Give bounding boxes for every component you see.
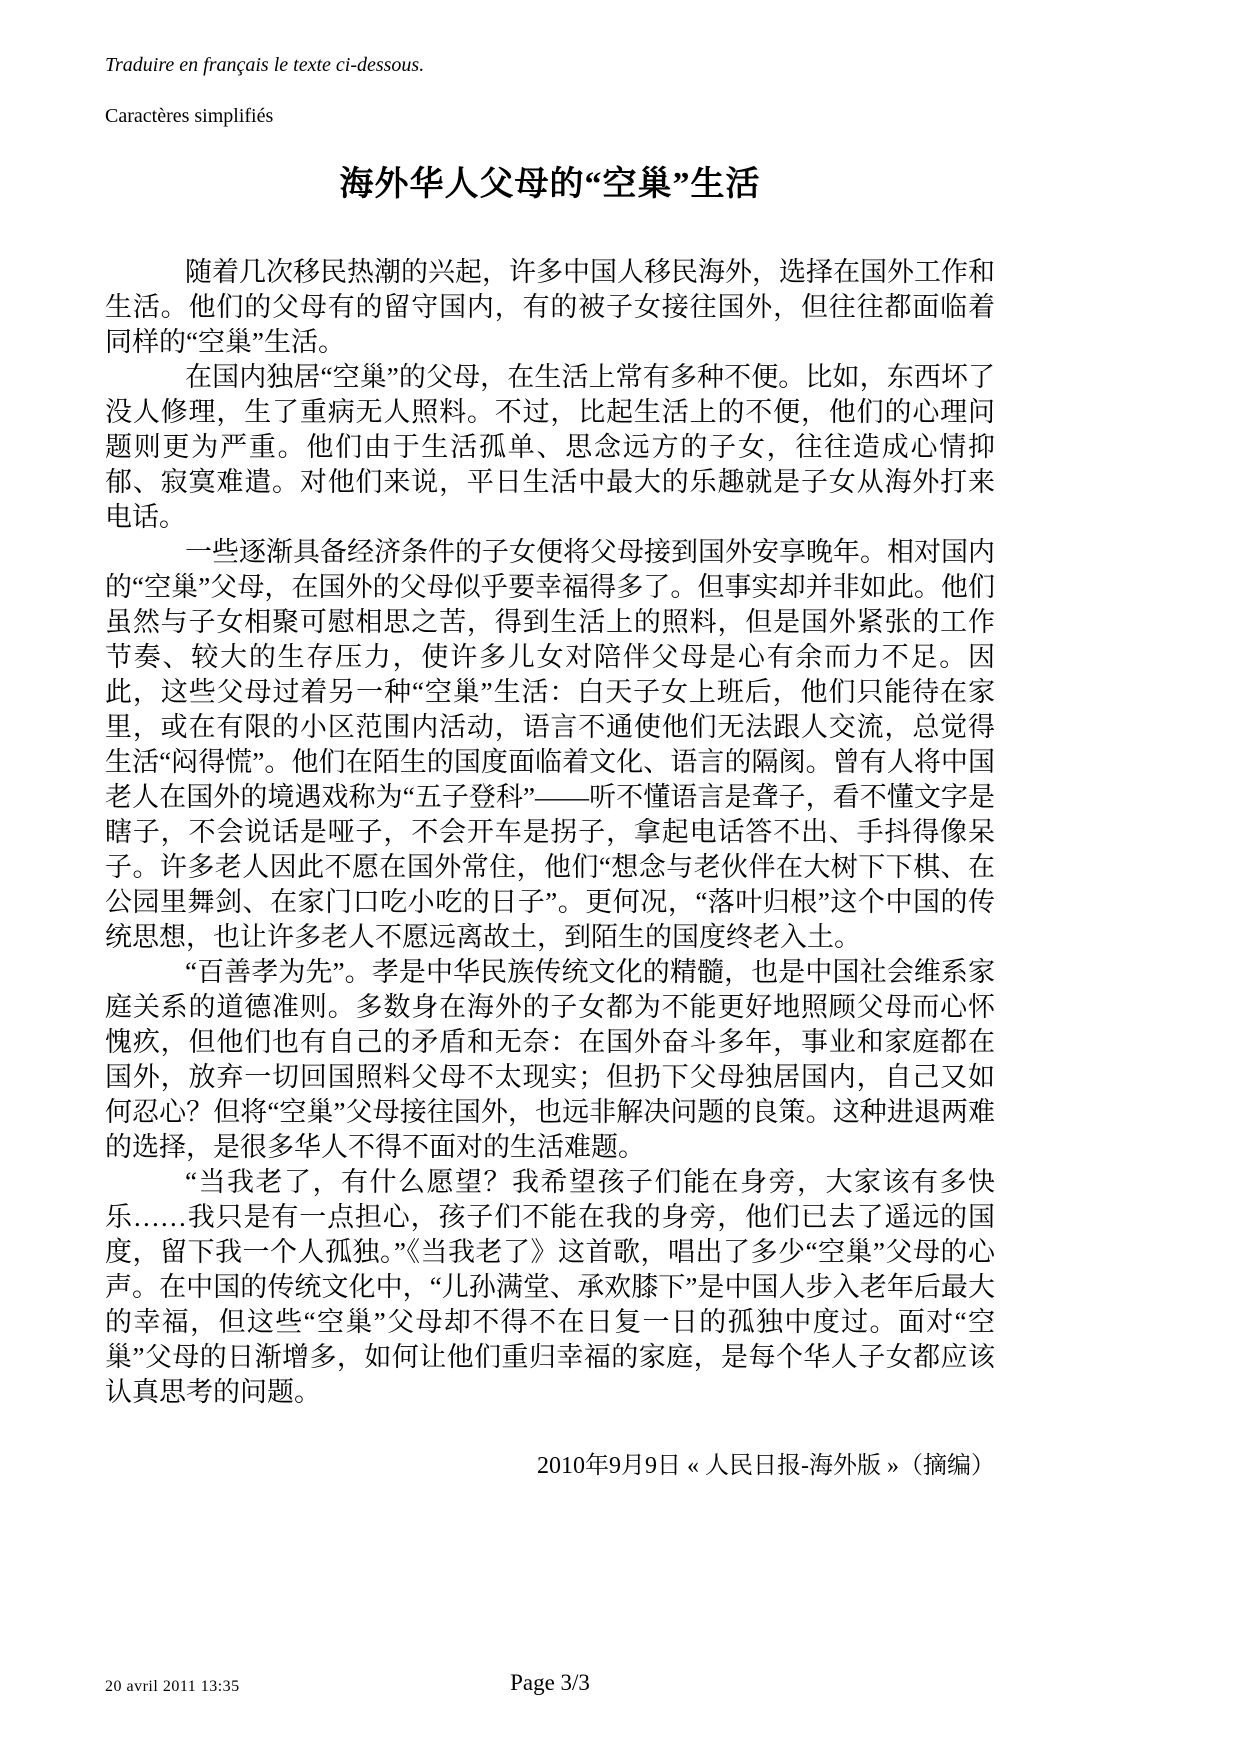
article-body: 随着几次移民热潮的兴起，许多中国人移民海外，选择在国外工作和生活。他们的父母有的… bbox=[105, 255, 995, 1410]
footer-page-number: Page 3/3 bbox=[105, 1670, 995, 1696]
article-paragraph-5: “当我老了，有什么愿望？我希望孩子们能在身旁，大家该有多快乐……我只是有一点担心… bbox=[105, 1165, 995, 1410]
character-set-note: Caractères simplifiés bbox=[105, 103, 995, 129]
article-paragraph-2: 在国内独居“空巢”的父母，在生活上常有多种不便。比如，东西坏了没人修理，生了重病… bbox=[105, 360, 995, 535]
source-citation: 2010年9月9日 « 人民日报-海外版 »（摘编） bbox=[105, 1450, 995, 1482]
page-content: Traduire en français le texte ci-dessous… bbox=[105, 0, 995, 1482]
translation-instruction: Traduire en français le texte ci-dessous… bbox=[105, 52, 995, 78]
article-title: 海外华人父母的“空巢”生活 bbox=[105, 163, 995, 207]
article-paragraph-1: 随着几次移民热潮的兴起，许多中国人移民海外，选择在国外工作和生活。他们的父母有的… bbox=[105, 255, 995, 360]
document-page: Traduire en français le texte ci-dessous… bbox=[0, 0, 1240, 1754]
page-footer: 20 avril 2011 13:35 Page 3/3 bbox=[105, 1662, 995, 1696]
article-paragraph-3: 一些逐渐具备经济条件的子女便将父母接到国外安享晚年。相对国内的“空巢”父母，在国… bbox=[105, 535, 995, 955]
article-paragraph-4: “百善孝为先”。孝是中华民族传统文化的精髓，也是中国社会维系家庭关系的道德准则。… bbox=[105, 955, 995, 1165]
